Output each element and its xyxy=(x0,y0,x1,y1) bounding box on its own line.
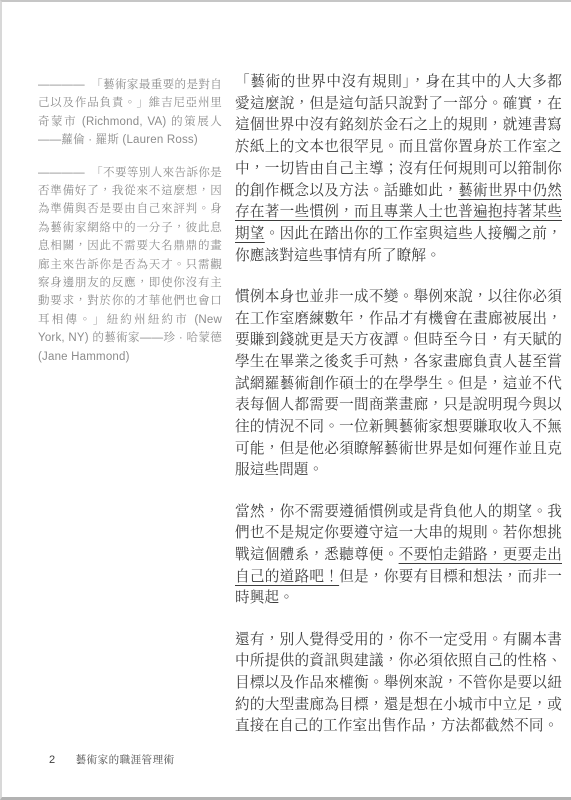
pull-quote: ———— 「藝術家最重要的是對自己以及作品負責。」維吉尼亞州里奇蒙市 (Rich… xyxy=(38,76,222,150)
page-number: 2 xyxy=(49,754,56,766)
body-text: 慣例本身也並非一成不變。舉例來說，以往你必須在工作室磨練數年，作品才有機會在畫廊… xyxy=(235,289,562,479)
paragraph: 「藝術的世界中沒有規則」，身在其中的人大多都愛這麼說，但是這句話只說對了一部分。… xyxy=(235,72,562,267)
paragraph: 慣例本身也並非一成不變。舉例來說，以往你必須在工作室磨練數年，作品才有機會在畫廊… xyxy=(235,287,562,482)
main-text-column: 「藝術的世界中沒有規則」，身在其中的人大多都愛這麼說，但是這句話只說對了一部分。… xyxy=(235,72,562,758)
book-page: ———— 「藝術家最重要的是對自己以及作品負責。」維吉尼亞州里奇蒙市 (Rich… xyxy=(0,0,571,800)
book-title: 藝術家的職涯管理術 xyxy=(76,752,175,767)
paragraph: 當然，你不需要遵循慣例或是背負他人的期望。我們也不是規定你要遵守這一大串的規則。… xyxy=(235,502,562,611)
paragraph: 還有，別人覺得受用的，你不一定受用。有關本書中所提供的資訊與建議，你必須依照自己… xyxy=(235,630,562,739)
pull-quote: ———— 「不要等別人來告訴你是否準備好了，我從來不這麼想，因為準備與否是要由自… xyxy=(38,164,222,366)
body-text: 還有，別人覺得受用的，你不一定受用。有關本書中所提供的資訊與建議，你必須依照自己… xyxy=(235,632,562,735)
page-footer: 2 藝術家的職涯管理術 xyxy=(49,752,175,767)
sidebar-quotes: ———— 「藝術家最重要的是對自己以及作品負責。」維吉尼亞州里奇蒙市 (Rich… xyxy=(38,76,222,380)
body-text: 「藝術的世界中沒有規則」，身在其中的人大多都愛這麼說，但是這句話只說對了一部分。… xyxy=(235,74,562,199)
body-text: 。因此在踏出你的工作室與這些人接觸之前，你應該對這些事情有所了瞭解。 xyxy=(235,226,562,264)
